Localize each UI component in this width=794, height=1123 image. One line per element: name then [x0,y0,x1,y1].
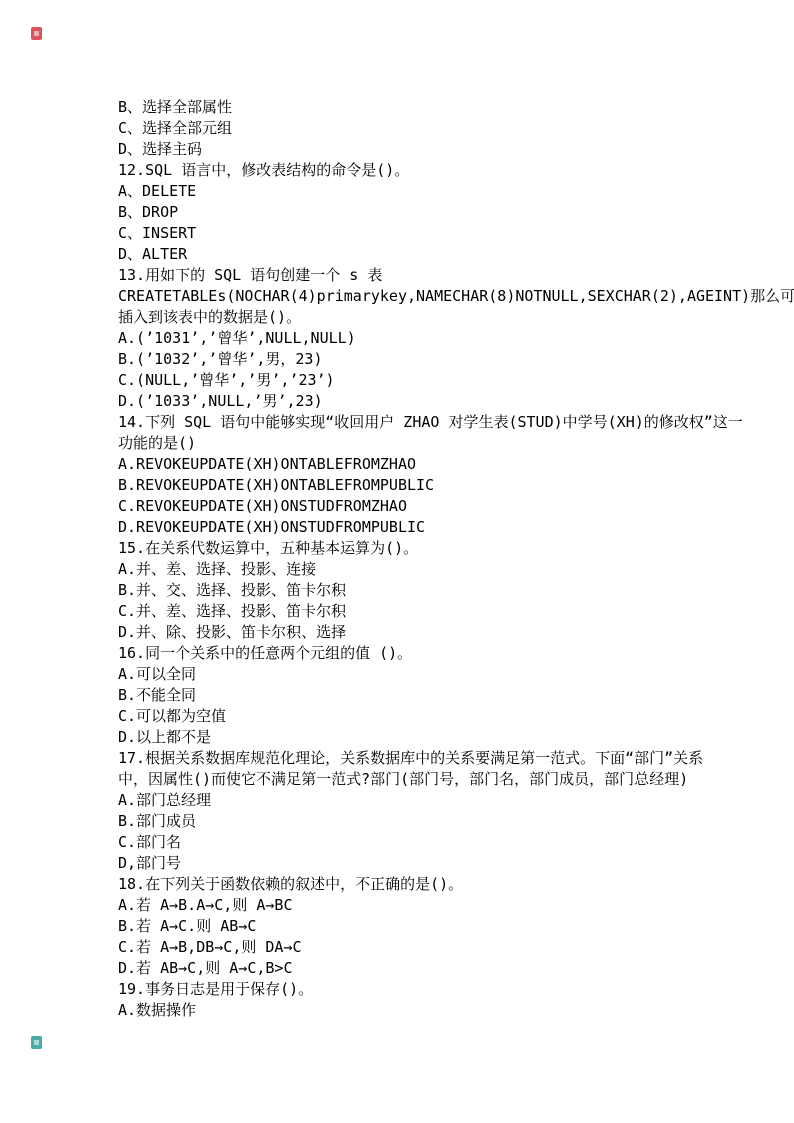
text-line: 18.在下列关于函数依赖的叙述中，不正确的是()。 [118,874,718,895]
text-line: B.并、交、选择、投影、笛卡尔积 [118,580,718,601]
text-line: C、选择全部元组 [118,118,718,139]
text-line: B.(’1032’,’曾华’,男，23) [118,349,718,370]
document-page: B、选择全部属性C、选择全部元组D、选择主码12.SQL 语言中，修改表结构的命… [0,0,794,1123]
text-line: A.并、差、选择、投影、连接 [118,559,718,580]
text-line: A.部门总经理 [118,790,718,811]
text-line: A.数据操作 [118,1000,718,1021]
text-line: B、DROP [118,202,718,223]
text-line: C.部门名 [118,832,718,853]
text-line: B、选择全部属性 [118,97,718,118]
text-line: D、选择主码 [118,139,718,160]
text-line: 13.用如下的 SQL 语句创建一个 s 表 [118,265,718,286]
text-line: A、DELETE [118,181,718,202]
text-line: 功能的是() [118,433,718,454]
text-line: D.REVOKEUPDATE(XH)ONSTUDFROMPUBLIC [118,517,718,538]
text-line: A.若 A→B.A→C,则 A→BC [118,895,718,916]
text-line: C.可以都为空值 [118,706,718,727]
text-line: B.不能全同 [118,685,718,706]
watermark-stamp-icon [31,1036,42,1049]
text-line: B.部门成员 [118,811,718,832]
text-line: D、ALTER [118,244,718,265]
text-line: 插入到该表中的数据是()。 [118,307,718,328]
document-text-block: B、选择全部属性C、选择全部元组D、选择主码12.SQL 语言中，修改表结构的命… [118,97,718,1021]
text-line: A.(’1031’,’曾华’,NULL,NULL) [118,328,718,349]
text-line: C.REVOKEUPDATE(XH)ONSTUDFROMZHAO [118,496,718,517]
text-line: 15.在关系代数运算中，五种基本运算为()。 [118,538,718,559]
text-line: 19.事务日志是用于保存()。 [118,979,718,1000]
text-line: C.若 A→B,DB→C,则 DA→C [118,937,718,958]
watermark-stamp-icon [31,27,42,40]
text-line: D.(’1033’,NULL,’男’,23) [118,391,718,412]
text-line: 12.SQL 语言中，修改表结构的命令是()。 [118,160,718,181]
text-line: 14.下列 SQL 语句中能够实现“收回用户 ZHAO 对学生表(STUD)中学… [118,412,718,433]
text-line: B.REVOKEUPDATE(XH)ONTABLEFROMPUBLIC [118,475,718,496]
text-line: D.并、除、投影、笛卡尔积、选择 [118,622,718,643]
text-line: 16.同一个关系中的任意两个元组的值 ()。 [118,643,718,664]
text-line: B.若 A→C.则 AB→C [118,916,718,937]
text-line: D,部门号 [118,853,718,874]
text-line: D.以上都不是 [118,727,718,748]
text-line: C.(NULL,’曾华’,’男’,’23’) [118,370,718,391]
text-line: D.若 AB→C,则 A→C,B>C [118,958,718,979]
text-line: A.可以全同 [118,664,718,685]
text-line: C、INSERT [118,223,718,244]
text-line: CREATETABLEs(NOCHAR(4)primarykey,NAMECHA… [118,286,718,307]
text-line: 17.根据关系数据库规范化理论，关系数据库中的关系要满足第一范式。下面“部门”关… [118,748,718,769]
text-line: 中，因属性()而使它不满足第一范式?部门(部门号，部门名，部门成员，部门总经理) [118,769,718,790]
text-line: A.REVOKEUPDATE(XH)ONTABLEFROMZHAO [118,454,718,475]
text-line: C.并、差、选择、投影、笛卡尔积 [118,601,718,622]
